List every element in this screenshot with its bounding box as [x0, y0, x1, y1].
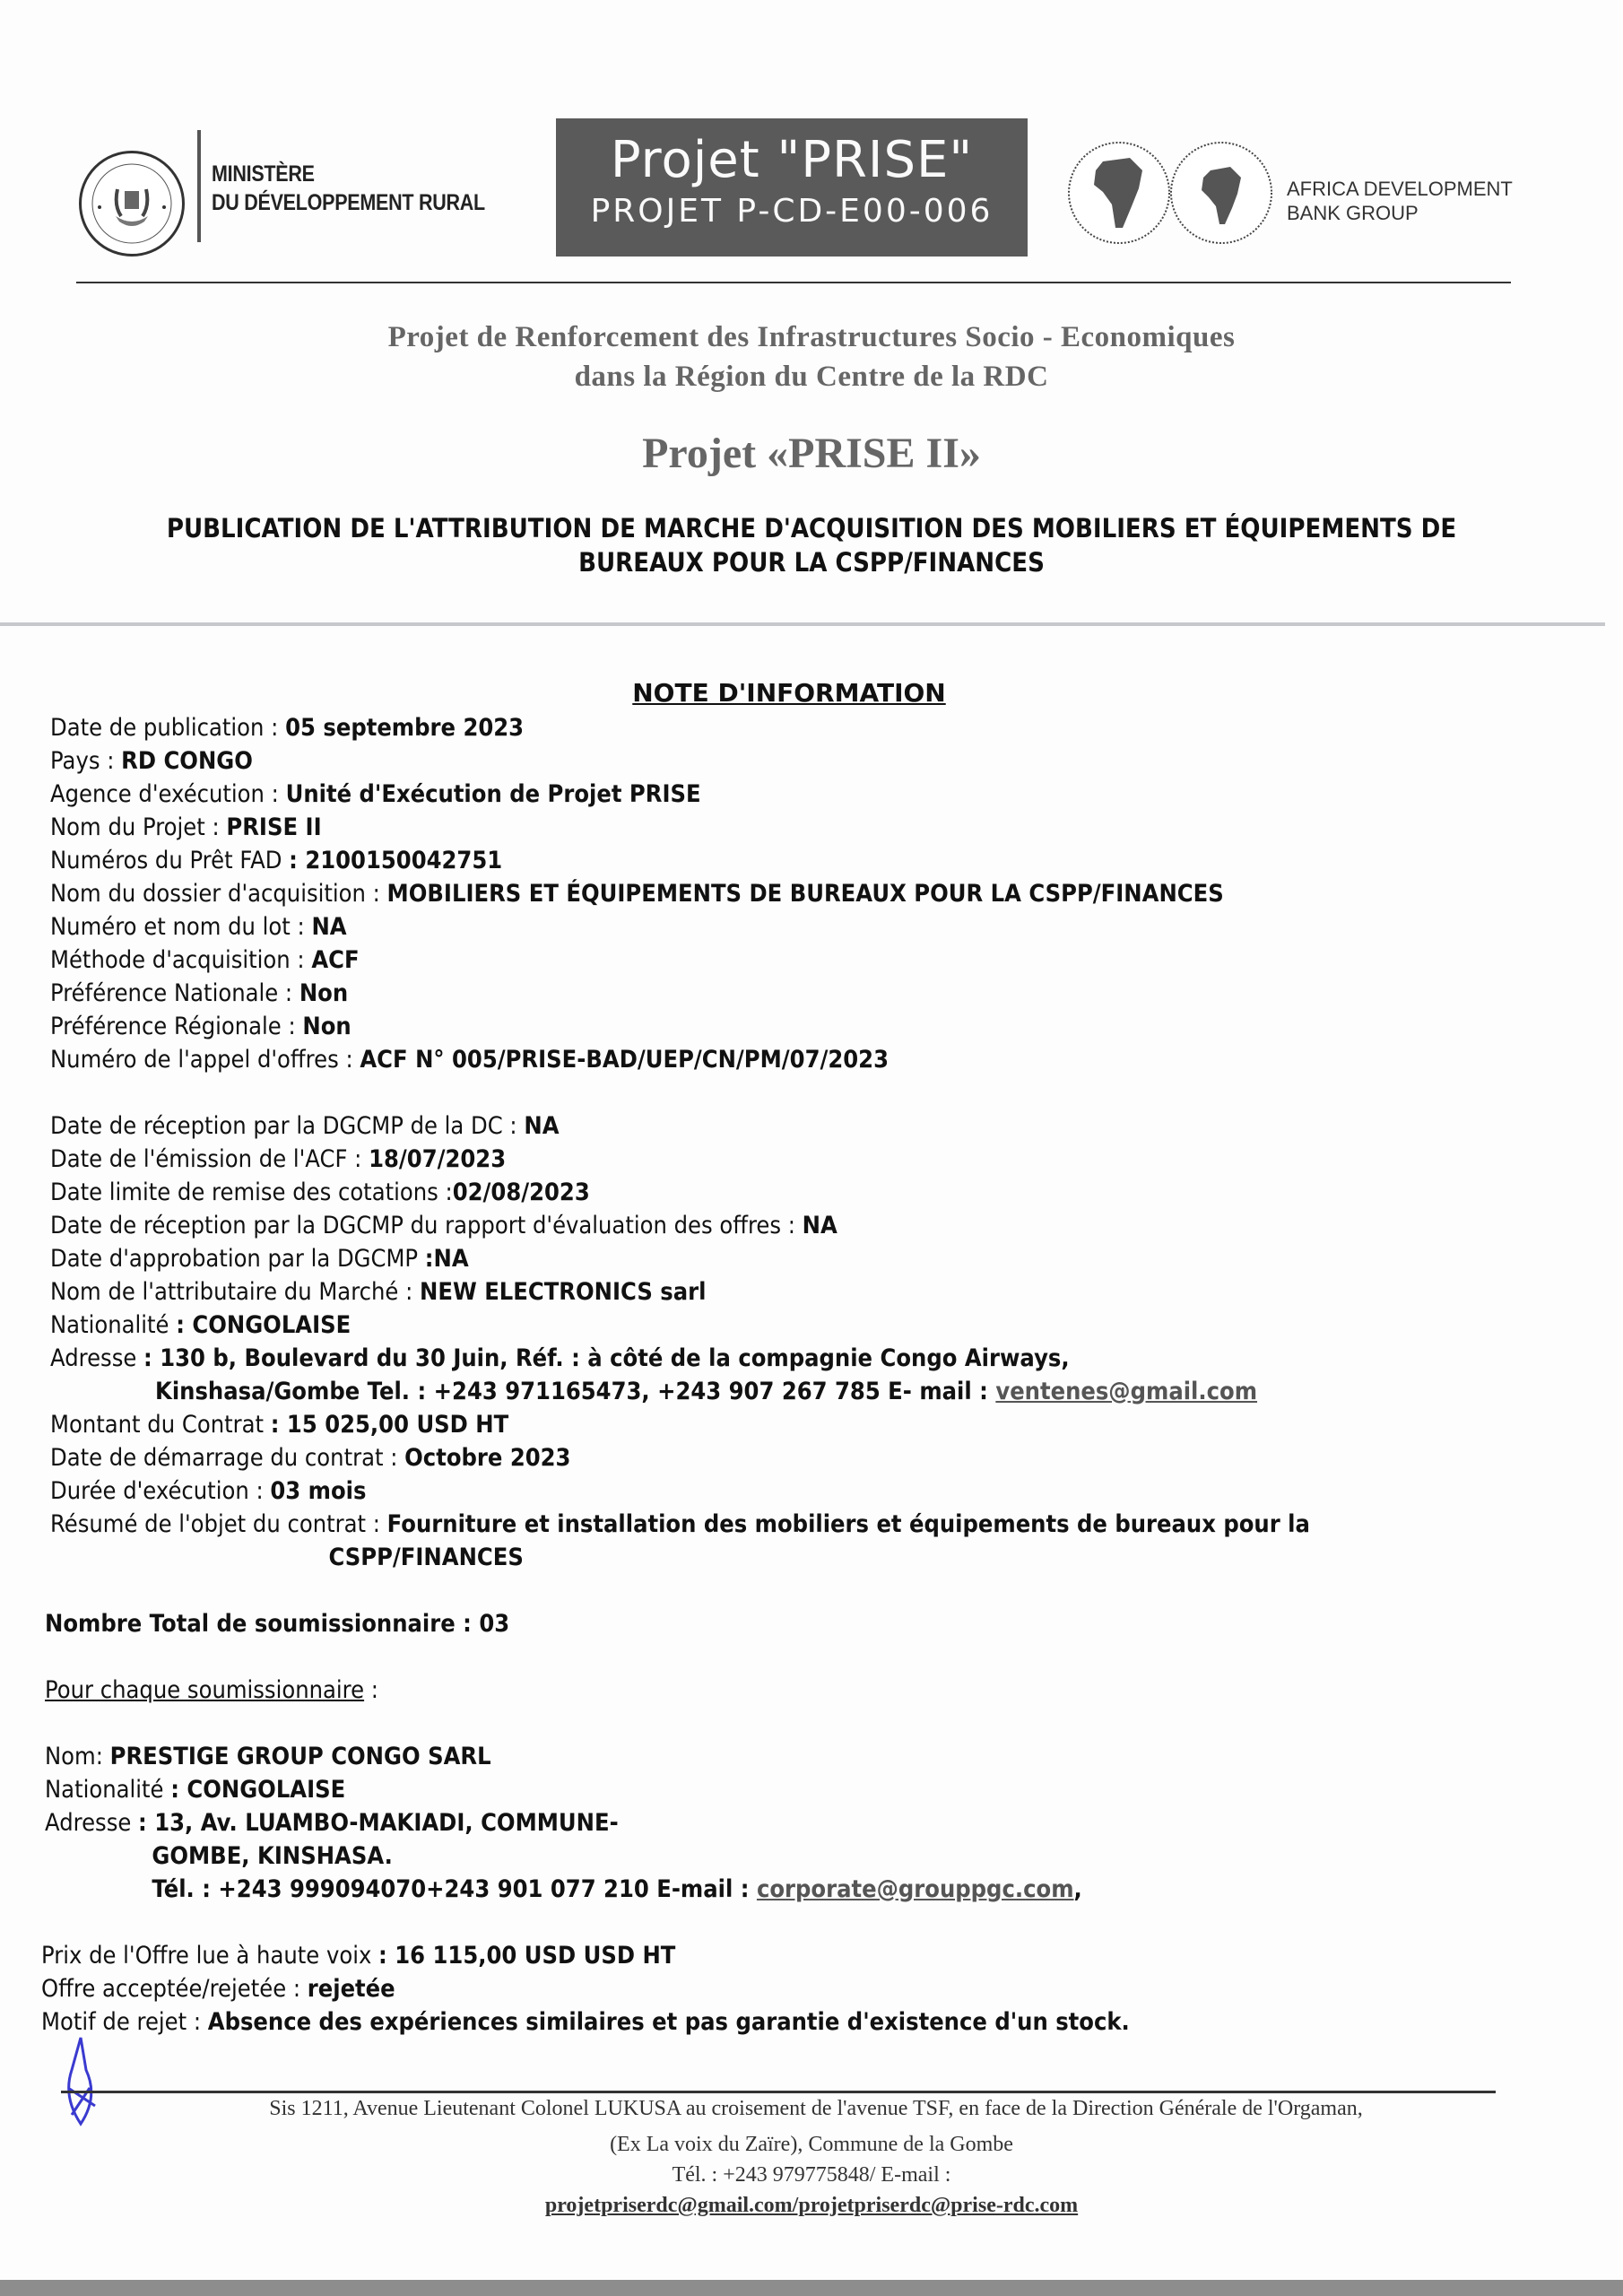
bidder-price: Prix de l'Offre lue à haute voix : 16 11…	[41, 1939, 1421, 1972]
header-divider	[197, 130, 201, 242]
field-row: Date de démarrage du contrat : Octobre 2…	[50, 1441, 1422, 1474]
project-region: dans la Région du Centre de la RDC	[0, 361, 1623, 394]
field-row: Préférence Nationale : Non	[50, 977, 1422, 1010]
field-row: Numéro et nom du lot : NA	[50, 910, 1422, 944]
field-row: Agence d'exécution : Unité d'Exécution d…	[50, 778, 1422, 811]
prise-banner-title: Projet "PRISE"	[556, 118, 1028, 192]
page-fold-divider	[0, 622, 1605, 626]
note-title: NOTE D'INFORMATION	[0, 678, 1578, 708]
footer-address: Sis 1211, Avenue Lieutenant Colonel LUKU…	[54, 2097, 1578, 2121]
field-row: Méthode d'acquisition : ACF	[50, 944, 1422, 977]
per-bidder-heading: Pour chaque soumissionnaire :	[45, 1674, 1421, 1707]
bidder-status: Offre acceptée/rejetée : rejetée	[41, 1972, 1421, 2005]
field-row: Nom du Projet : PRISE II	[50, 811, 1422, 844]
footer-email-link[interactable]: projetpriserdc@gmail.com/projetpriserdc@…	[0, 2194, 1623, 2218]
field-row: Préférence Régionale : Non	[50, 1010, 1422, 1043]
field-row: Durée d'exécution : 03 mois	[50, 1474, 1422, 1508]
header-rule	[76, 282, 1511, 283]
note-content: Date de publication : 05 septembre 2023 …	[50, 711, 1575, 2039]
contract-summary: Résumé de l'objet du contrat : Fournitur…	[50, 1508, 1422, 1541]
field-row: Numéros du Prêt FAD : 2100150042751	[50, 844, 1422, 877]
field-row: Nationalité : CONGOLAISE	[50, 1309, 1422, 1342]
signature-icon	[45, 2034, 117, 2142]
awardee-address: Adresse : 130 b, Boulevard du 30 Juin, R…	[50, 1342, 1422, 1375]
afdb-logo-icon	[1067, 135, 1282, 251]
project-full-name: Projet de Renforcement des Infrastructur…	[0, 321, 1623, 354]
bidder-name: Nom: PRESTIGE GROUP CONGO SARL	[45, 1740, 1421, 1773]
field-row: Numéro de l'appel d'offres : ACF N° 005/…	[50, 1043, 1422, 1076]
publication-title: PUBLICATION DE L'ATTRIBUTION DE MARCHE D…	[130, 511, 1494, 579]
total-bidders: Nombre Total de soumissionnaire : 03	[45, 1607, 1421, 1640]
awardee-contact: Kinshasa/Gombe Tel. : +243 971165473, +2…	[50, 1375, 1422, 1408]
footer-rule	[61, 2091, 1496, 2093]
scan-edge	[0, 2280, 1623, 2296]
bidder-address-cont: GOMBE, KINSHASA.	[50, 1839, 1422, 1873]
drc-government-seal-icon	[79, 151, 185, 257]
bidder-nationality: Nationalité : CONGOLAISE	[45, 1773, 1421, 1806]
afdb-name: AFRICA DEVELOPMENT BANK GROUP	[1287, 177, 1513, 225]
prise-project-banner: Projet "PRISE" PROJET P-CD-E00-006	[556, 118, 1028, 257]
field-row: Nom de l'attributaire du Marché : NEW EL…	[50, 1275, 1422, 1309]
bidder-email-link[interactable]: corporate@grouppgc.com	[757, 1875, 1074, 1903]
prise-banner-code: PROJET P-CD-E00-006	[556, 192, 1028, 231]
field-row: Date de publication : 05 septembre 2023	[50, 711, 1422, 744]
bidder-address: Adresse : 13, Av. LUAMBO-MAKIADI, COMMUN…	[45, 1806, 1421, 1839]
project-short-name: Projet «PRISE II»	[0, 429, 1623, 478]
ministry-name: MINISTÈRE DU DÉVELOPPEMENT RURAL	[212, 160, 485, 217]
field-row: Date limite de remise des cotations :02/…	[50, 1176, 1422, 1209]
field-row: Montant du Contrat : 15 025,00 USD HT	[50, 1408, 1422, 1441]
field-row: Date de réception par la DGCMP de la DC …	[50, 1109, 1422, 1143]
field-row: Pays : RD CONGO	[50, 744, 1422, 778]
footer-phone: Tél. : +243 979775848/ E-mail :	[0, 2163, 1623, 2187]
contract-summary-cont: CSPP/FINANCES	[50, 1541, 1422, 1574]
bidder-rejection-reason: Motif de rejet : Absence des expériences…	[41, 2005, 1421, 2039]
field-row: Date de l'émission de l'ACF : 18/07/2023	[50, 1143, 1422, 1176]
awardee-email-link[interactable]: ventenes@gmail.com	[995, 1378, 1257, 1405]
field-row: Date d'approbation par la DGCMP :NA	[50, 1242, 1422, 1275]
field-row: Nom du dossier d'acquisition : MOBILIERS…	[50, 877, 1422, 910]
field-row: Date de réception par la DGCMP du rappor…	[50, 1209, 1422, 1242]
bidder-contact: Tél. : +243 999094070+243 901 077 210 E-…	[50, 1873, 1422, 1906]
footer-commune: (Ex La voix du Zaïre), Commune de la Gom…	[0, 2133, 1623, 2157]
